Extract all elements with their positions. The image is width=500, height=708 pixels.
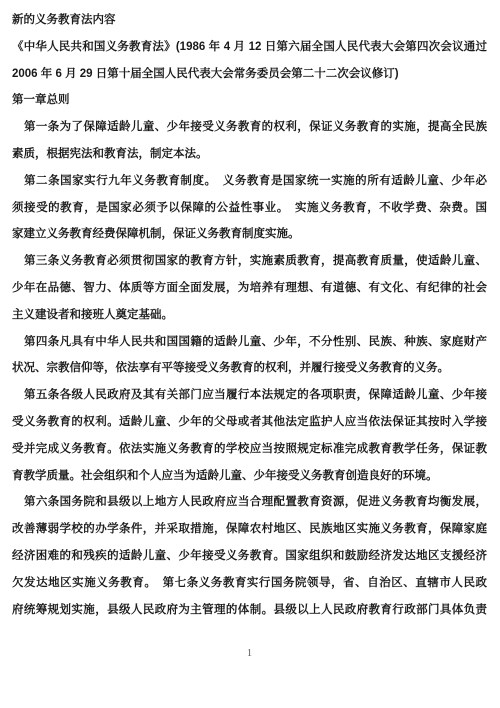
law-title-line: 2006 年 6 月 29 日第十届全国人民代表大会常务委员会第二十二次会议修订… — [12, 61, 487, 88]
text-line: 经济困难的和残疾的适龄儿童、少年接受义务教育。国家组织和鼓励经济发达地区支援经济 — [12, 543, 487, 570]
text-line: 欠发达地区实施义务教育。 第七条义务教育实行国务院领导，省、自治区、直辖市人民政 — [12, 570, 487, 597]
text-line: 第四条凡具有中华人民共和国国籍的适龄儿童、少年，不分性别、民族、种族、家庭财产 — [12, 329, 487, 356]
text-line: 第五条各级人民政府及其有关部门应当履行本法规定的各项职责，保障适龄儿童、少年接 — [12, 382, 487, 409]
document-page: 新的义务教育法内容 《中华人民共和国义务教育法》(1986 年 4 月 12 日… — [0, 0, 500, 708]
text-line: 育教学质量。社会组织和个人应当为适龄儿童、少年接受义务教育创造良好的环境。 — [12, 463, 487, 490]
doc-title: 新的义务教育法内容 — [12, 7, 487, 34]
text-line: 少年在品德、智力、体质等方面全面发展，为培养有理想、有道德、有文化、有纪律的社会 — [12, 275, 487, 302]
text-line: 府统筹规划实施，县级人民政府为主管理的体制。县级以上人民政府教育行政部门具体负责 — [12, 597, 487, 624]
page-number: 1 — [12, 648, 487, 660]
text-line: 须接受的教育，是国家必须予以保障的公益性事业。 实施义务教育，不收学费、杂费。国 — [12, 195, 487, 222]
text-line: 素质，根据宪法和教育法，制定本法。 — [12, 141, 487, 168]
text-line: 受义务教育的权利。适龄儿童、少年的父母或者其他法定监护人应当依法保证其按时入学接 — [12, 409, 487, 436]
text-line: 状况、宗教信仰等，依法享有平等接受义务教育的权利，并履行接受义务教育的义务。 — [12, 355, 487, 382]
text-line: 第三条义务教育必须贯彻国家的教育方针，实施素质教育，提高教育质量，使适龄儿童、 — [12, 248, 487, 275]
text-line: 家建立义务教育经费保障机制，保证义务教育制度实施。 — [12, 221, 487, 248]
law-title-line: 《中华人民共和国义务教育法》(1986 年 4 月 12 日第六届全国人民代表大… — [12, 34, 487, 61]
text-line: 第一条为了保障适龄儿童、少年接受义务教育的权利，保证义务教育的实施，提高全民族 — [12, 114, 487, 141]
text-line: 第六条国务院和县级以上地方人民政府应当合理配置教育资源，促进义务教育均衡发展， — [12, 489, 487, 516]
text-line: 主义建设者和接班人奠定基础。 — [12, 302, 487, 329]
text-line: 第二条国家实行九年义务教育制度。 义务教育是国家统一实施的所有适龄儿童、少年必 — [12, 168, 487, 195]
chapter-heading: 第一章总则 — [12, 87, 487, 114]
text-line: 受并完成义务教育。依法实施义务教育的学校应当按照规定标准完成教育教学任务，保证教 — [12, 436, 487, 463]
text-line: 改善薄弱学校的办学条件，并采取措施，保障农村地区、民族地区实施义务教育，保障家庭 — [12, 516, 487, 543]
